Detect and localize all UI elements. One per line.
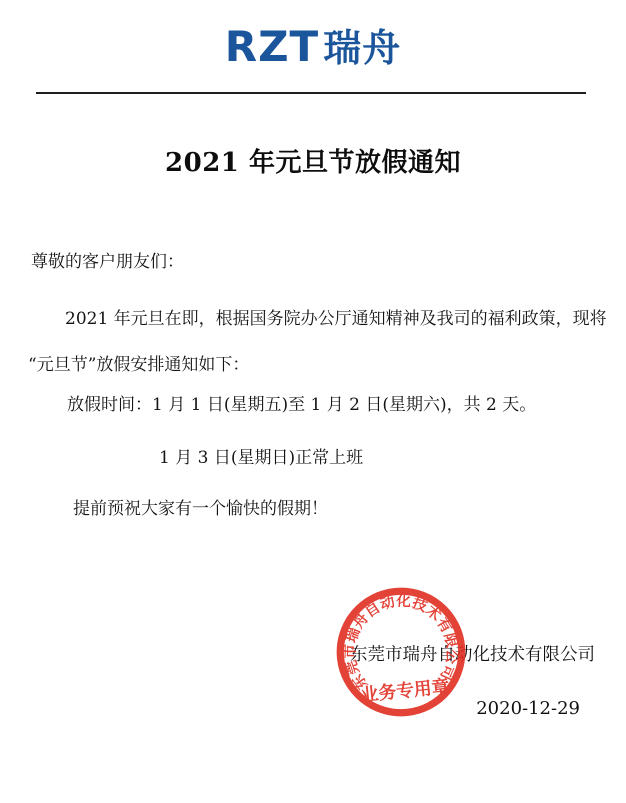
seal-banner-text: 业务专用章 — [360, 675, 451, 706]
logo-latin-text: RZT — [225, 22, 319, 71]
intro-paragraph-line-1: 2021 年元旦在即，根据国务院办公厅通知精神及我司的福利政策，现将 — [31, 296, 596, 342]
notice-body: 尊敬的客户朋友们： 2021 年元旦在即，根据国务院办公厅通知精神及我司的福利政… — [0, 250, 626, 521]
notice-page: RZT瑞舟 2021 年元旦节放假通知 尊敬的客户朋友们： 2021 年元旦在即… — [0, 0, 626, 803]
logo-cjk-text: 瑞舟 — [323, 26, 401, 70]
salutation: 尊敬的客户朋友们： — [31, 250, 596, 274]
intro-paragraph-line-2: “元旦节”放假安排通知如下： — [31, 342, 596, 388]
holiday-time-line: 放假时间：1 月 1 日(星期五)至 1 月 2 日(星期六)，共 2 天。 — [31, 393, 596, 417]
wish-line: 提前预祝大家有一个愉快的假期！ — [31, 497, 596, 521]
header-divider — [36, 92, 586, 94]
intro-paragraph: 2021 年元旦在即，根据国务院办公厅通知精神及我司的福利政策，现将 “元旦节”… — [31, 296, 596, 388]
company-name: 东莞市瑞舟自动化技术有限公司 — [350, 643, 595, 667]
notice-title: 2021 年元旦节放假通知 — [0, 146, 626, 180]
seal-ring-text: 东莞市瑞舟自动化技术有限公司 — [334, 585, 465, 694]
seal-ring-text-path-holder: 东莞市瑞舟自动化技术有限公司 — [334, 585, 465, 694]
company-logo: RZT瑞舟 — [0, 0, 626, 77]
notice-date: 2020-12-29 — [476, 697, 580, 721]
workday-line: 1 月 3 日(星期日)正常上班 — [31, 446, 596, 470]
